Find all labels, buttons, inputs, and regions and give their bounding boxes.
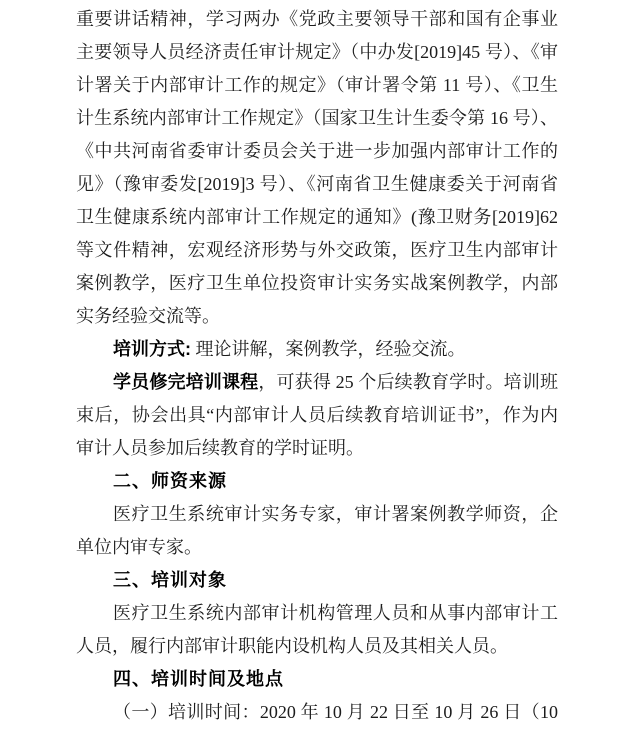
text-line-training-method: 培训方式: 理论讲解，案例教学，经验交流。: [76, 333, 558, 366]
text-line: 实务经验交流等。: [76, 300, 558, 333]
text-line: 卫生健康系统内部审计工作规定的通知》(豫卫财务[2019]62 号): [76, 201, 558, 234]
text-run: 医疗卫生系统审计实务专家，审计署案例教学师资，企事业: [113, 504, 558, 531]
text-run: 《中共河南省委审计委员会关于进一步加强内部审计工作的意: [76, 141, 558, 168]
text-run: 医疗卫生系统内部审计机构管理人员和从事内部审计工作: [113, 603, 558, 630]
text-line: 计生系统内部审计工作规定》（国家卫生计生委令第 16 号）、: [76, 102, 558, 135]
text-run: 计署关于内部审计工作的规定》（审计署令第 11 号）、《卫生: [76, 75, 558, 95]
heading-text: 二、师资来源: [113, 471, 227, 491]
text-run: 案例教学，医疗卫生单位投资审计实务实战案例教学，内部审计: [76, 273, 558, 300]
bold-run: 培训方式:: [113, 339, 191, 359]
text-run: 主要领导人员经济责任审计规定》（中办发[2019]45 号）、《审: [76, 42, 558, 62]
text-line: 案例教学，医疗卫生单位投资审计实务实战案例教学，内部审计: [76, 267, 558, 300]
text-run: 重要讲话精神，学习两办《党政主要领导干部和国有企事业单位: [76, 9, 558, 36]
heading-text: 四、培训时间及地点: [113, 669, 284, 689]
text-line: 主要领导人员经济责任审计规定》（中办发[2019]45 号）、《审: [76, 36, 558, 69]
text-line: 《中共河南省委审计委员会关于进一步加强内部审计工作的意: [76, 135, 558, 168]
text-line: 人员，履行内部审计职能内设机构人员及其相关人员。: [76, 630, 558, 663]
text-line: 医疗卫生系统内部审计机构管理人员和从事内部审计工作: [76, 597, 558, 630]
text-line: 医疗卫生系统审计实务专家，审计署案例教学师资，企事业: [76, 498, 558, 531]
text-line: 等文件精神，宏观经济形势与外交政策，医疗卫生内部审计实务: [76, 234, 558, 267]
text-run: 等文件精神，宏观经济形势与外交政策，医疗卫生内部审计实务: [76, 240, 558, 267]
text-run: 实务经验交流等。: [76, 306, 220, 326]
text-run: （一）培训时间：2020 年 10 月 22 日至 10 月 26 日（10 月: [113, 702, 558, 729]
text-line: 束后，协会出具“内部审计人员后续教育培训证书”，作为内部: [76, 399, 558, 432]
text-run: 束后，协会出具“内部审计人员后续教育培训证书”，作为内部: [76, 405, 558, 432]
text-line: 单位内审专家。: [76, 531, 558, 564]
text-run: 审计人员参加后续教育的学时证明。: [76, 438, 364, 458]
text-run: 卫生健康系统内部审计工作规定的通知》(豫卫财务[2019]62 号): [76, 207, 558, 234]
section-heading-trainees: 三、培训对象: [76, 564, 558, 597]
section-heading-teachers: 二、师资来源: [76, 465, 558, 498]
section-heading-time-place: 四、培训时间及地点: [76, 663, 558, 696]
text-run: 见》（豫审委发[2019]3 号）、《河南省卫生健康委关于河南省: [76, 174, 558, 194]
text-run: 理论讲解，案例教学，经验交流。: [191, 339, 466, 359]
text-line: 审计人员参加后续教育的学时证明。: [76, 432, 558, 465]
text-line-credit-hours: 学员修完培训课程，可获得 25 个后续教育学时。培训班结: [76, 366, 558, 399]
text-line: 见》（豫审委发[2019]3 号）、《河南省卫生健康委关于河南省: [76, 168, 558, 201]
heading-text: 三、培训对象: [113, 570, 227, 590]
text-line: 计署关于内部审计工作的规定》（审计署令第 11 号）、《卫生: [76, 69, 558, 102]
text-run: 单位内审专家。: [76, 537, 202, 557]
text-line-training-time: （一）培训时间：2020 年 10 月 22 日至 10 月 26 日（10 月: [76, 696, 558, 729]
document-page: 重要讲话精神，学习两办《党政主要领导干部和国有企事业单位 主要领导人员经济责任审…: [0, 0, 634, 753]
bold-run: 学员修完培训课程: [113, 372, 258, 392]
text-line: 重要讲话精神，学习两办《党政主要领导干部和国有企事业单位: [76, 3, 558, 36]
text-run: 计生系统内部审计工作规定》（国家卫生计生委令第 16 号）、: [76, 108, 558, 128]
text-run: 人员，履行内部审计职能内设机构人员及其相关人员。: [76, 636, 508, 656]
